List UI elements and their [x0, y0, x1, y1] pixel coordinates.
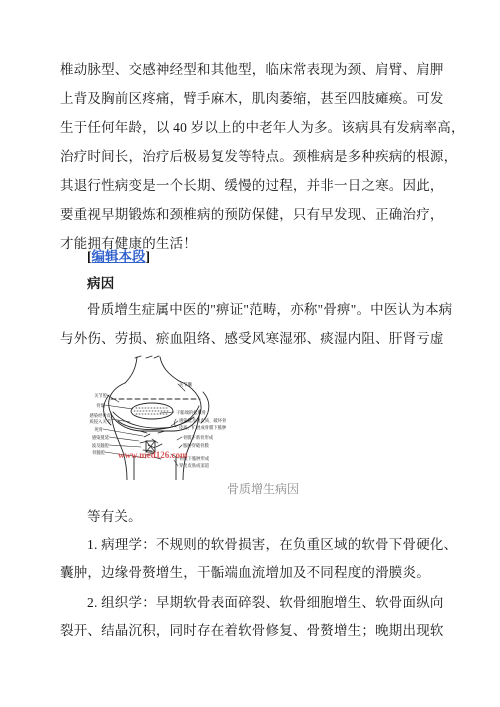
text-line: 椎动脉型、交感神经型和其他型，临床常表现为颈、肩臂、肩胛 [60, 55, 442, 84]
paragraph-cause: 骨质增生症属中医的"痹证"范畴，亦称"骨痹"。中医认为本病 与外伤、劳损、瘀血阻… [60, 295, 442, 353]
diagram-label: 关节腔 [94, 392, 108, 399]
diagram-label: 感染经骨皮 [90, 412, 112, 419]
watermark-text: www.med126.com [118, 450, 188, 460]
text-line: 要重视早期锻炼和颈椎病的预防保健，只有早发现、正确治疗， [60, 200, 442, 229]
diagram-label: 脓肿穿破骨膜 [183, 442, 209, 449]
diagram-label: 骨骺 [96, 402, 105, 409]
diagram-label: 质侵入关节 [90, 418, 112, 425]
text-line: 骨质增生症属中医的"痹证"范畴，亦称"骨痹"。中医认为本病 [60, 295, 442, 324]
figure-caption: 骨质增生病因 [72, 480, 454, 498]
text-line: 与外伤、劳损、瘀血阻络、感受风寒湿邪、痰湿内阻、肝肾亏虚 [60, 324, 442, 353]
edit-link-bracket-close: ] [146, 249, 151, 264]
document-page: { "document": { "intro": { "lines": [ "椎… [0, 0, 500, 707]
text-line: 其退行性病变是一个长期、缓慢的过程，并非一日之寒。因此， [60, 171, 442, 200]
diagram-label: 感染延及骨皮质、破坏骨 [179, 417, 227, 424]
paragraph-histology: 2. 组织学：早期软骨表面碎裂、软骨细胞增生、软骨面纵向 裂开、结晶沉积，同时存… [60, 589, 442, 645]
section-heading: 病因 [60, 269, 442, 298]
page-content: 椎动脉型、交感神经型和其他型，临床常表现为颈、肩臂、肩胛 上背及胸前区疼痛，臂手… [60, 0, 442, 707]
knee-joint-diagram: 关节腔 骨骺 感染经骨皮 质侵入关节 死骨 感染蔓延 波及髓腔 骨髓腔 关节囊 … [88, 355, 240, 480]
diagram-label: 穿出皮肤成窦道 [179, 462, 210, 469]
section-cause: 病因 [60, 269, 442, 298]
paragraph-pathology: 1. 病理学：不规则的软骨损害，在负重区域的软骨下骨硬化、 囊肿，边缘骨赘增生，… [60, 531, 442, 587]
diagram-label: 干骺端的松质骨 [176, 409, 207, 416]
diagram-label: 死骨 [94, 426, 103, 433]
text-line: 2. 组织学：早期软骨表面碎裂、软骨细胞增生、软骨面纵向 [60, 589, 442, 617]
diagram-label: 骨髓腔 [92, 449, 106, 456]
text-line: 1. 病理学：不规则的软骨损害，在负重区域的软骨下骨硬化、 [60, 531, 442, 559]
paragraph-intro: 椎动脉型、交感神经型和其他型，临床常表现为颈、肩臂、肩胛 上背及胸前区疼痛，臂手… [60, 55, 442, 258]
edit-section-row: [编辑本段] [60, 247, 469, 267]
text-line: 治疗时间长，治疗后极易复发等特点。颈椎病是多种疾病的根源， [60, 142, 442, 171]
diagram-label: 骨膜下新骨形成 [183, 434, 214, 441]
diagram-label: 波及髓腔 [92, 442, 110, 449]
text-line: 囊肿，边缘骨赘增生，干骺端血流增加及不同程度的滑膜炎。 [60, 559, 442, 587]
text-line: 上背及胸前区疼痛，臂手麻木，肌肉萎缩，甚至四肢瘫痪。可发 [60, 84, 442, 113]
paragraph-continuation: 等有关。 [60, 503, 442, 531]
text-line: 裂开、结晶沉积，同时存在着软骨修复、骨赘增生；晚期出现软 [60, 617, 442, 645]
text-line: 等有关。 [60, 503, 442, 531]
text-line: 生于任何年龄，以 40 岁以上的中老年人为多。该病具有发病率高， [60, 113, 442, 142]
diagram-label: 关节囊 [179, 381, 193, 388]
knee-joint-diagram-svg: 关节腔 骨骺 感染经骨皮 质侵入关节 死骨 感染蔓延 波及髓腔 骨髓腔 关节囊 … [88, 355, 240, 480]
diagram-label: 感染蔓延 [92, 434, 110, 441]
diagram-label: 皮质，扩展成骨膜下脓肿 [179, 424, 227, 431]
edit-section-link[interactable]: 编辑本段 [92, 249, 146, 264]
